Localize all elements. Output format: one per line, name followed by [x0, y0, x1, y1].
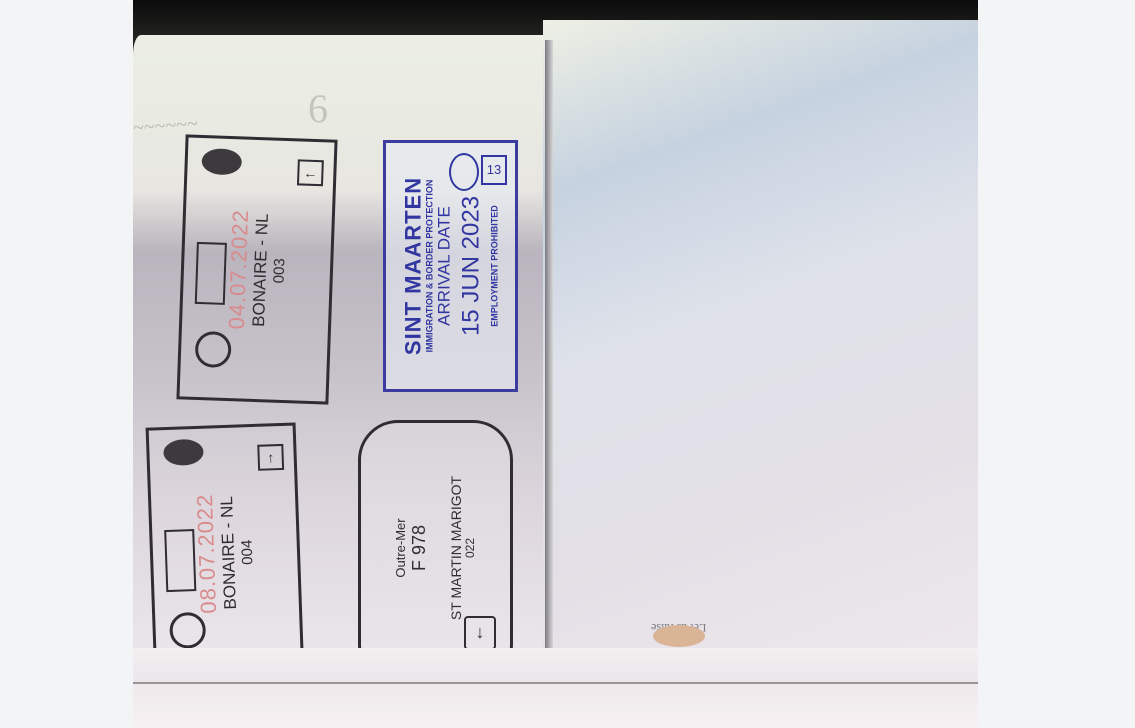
passport-page-right: Immigration Curaçao 094 JUL 2 1 2022 Dep… [543, 20, 978, 655]
stamp-bonaire-2: ↑ 08.07.2022 BONAIRE - NL 004 [146, 422, 305, 682]
stamp-line2: F 978 [409, 475, 430, 619]
stamp-code: 022 [463, 475, 477, 619]
stamp-place: BONAIRE - NL [217, 492, 241, 613]
stamp-label: ARRIVAL DATE [435, 177, 454, 355]
passport-page-edge [133, 648, 978, 684]
airplane-icon [164, 529, 196, 592]
stamp-line1: Outre-Mer [394, 475, 409, 619]
stamp-note: EMPLOYMENT PROHIBITED [490, 177, 500, 355]
arrow-down-icon: ↓ [464, 616, 496, 650]
passport-photo: 6 ~~~~~~ ← 04.07.2022 BONAIRE - NL 003 ↑… [133, 0, 978, 728]
loop-icon [169, 612, 206, 649]
emblem-icon [163, 439, 204, 466]
arrow-icon: ← [297, 159, 324, 186]
emblem-icon [201, 148, 242, 175]
stamp-date: 15 JUN 2023 [458, 177, 484, 355]
passport-page-stack [133, 684, 978, 728]
stamp-bonaire-1: ← 04.07.2022 BONAIRE - NL 003 [176, 134, 337, 404]
passport-page-left: 6 ~~~~~~ ← 04.07.2022 BONAIRE - NL 003 ↑… [133, 35, 551, 655]
stamp-sint-maarten: 13 SINT MAARTEN IMMIGRATION & BORDER PRO… [383, 140, 518, 392]
page-number: 6 [308, 85, 328, 132]
stamp-place: ST MARTIN MARIGOT [447, 475, 463, 619]
passport-gutter [545, 40, 553, 650]
airplane-icon [195, 241, 227, 304]
page-hole [653, 625, 705, 647]
stamp-place: BONAIRE - NL [249, 209, 273, 330]
arrow-icon: ↑ [257, 444, 284, 471]
loop-icon [195, 331, 232, 368]
stamp-title: SINT MAARTEN [401, 177, 425, 355]
stamp-st-martin-marigot: ↓ Outre-Mer F 978 ST MARTIN MARIGOT 022 [358, 420, 513, 675]
